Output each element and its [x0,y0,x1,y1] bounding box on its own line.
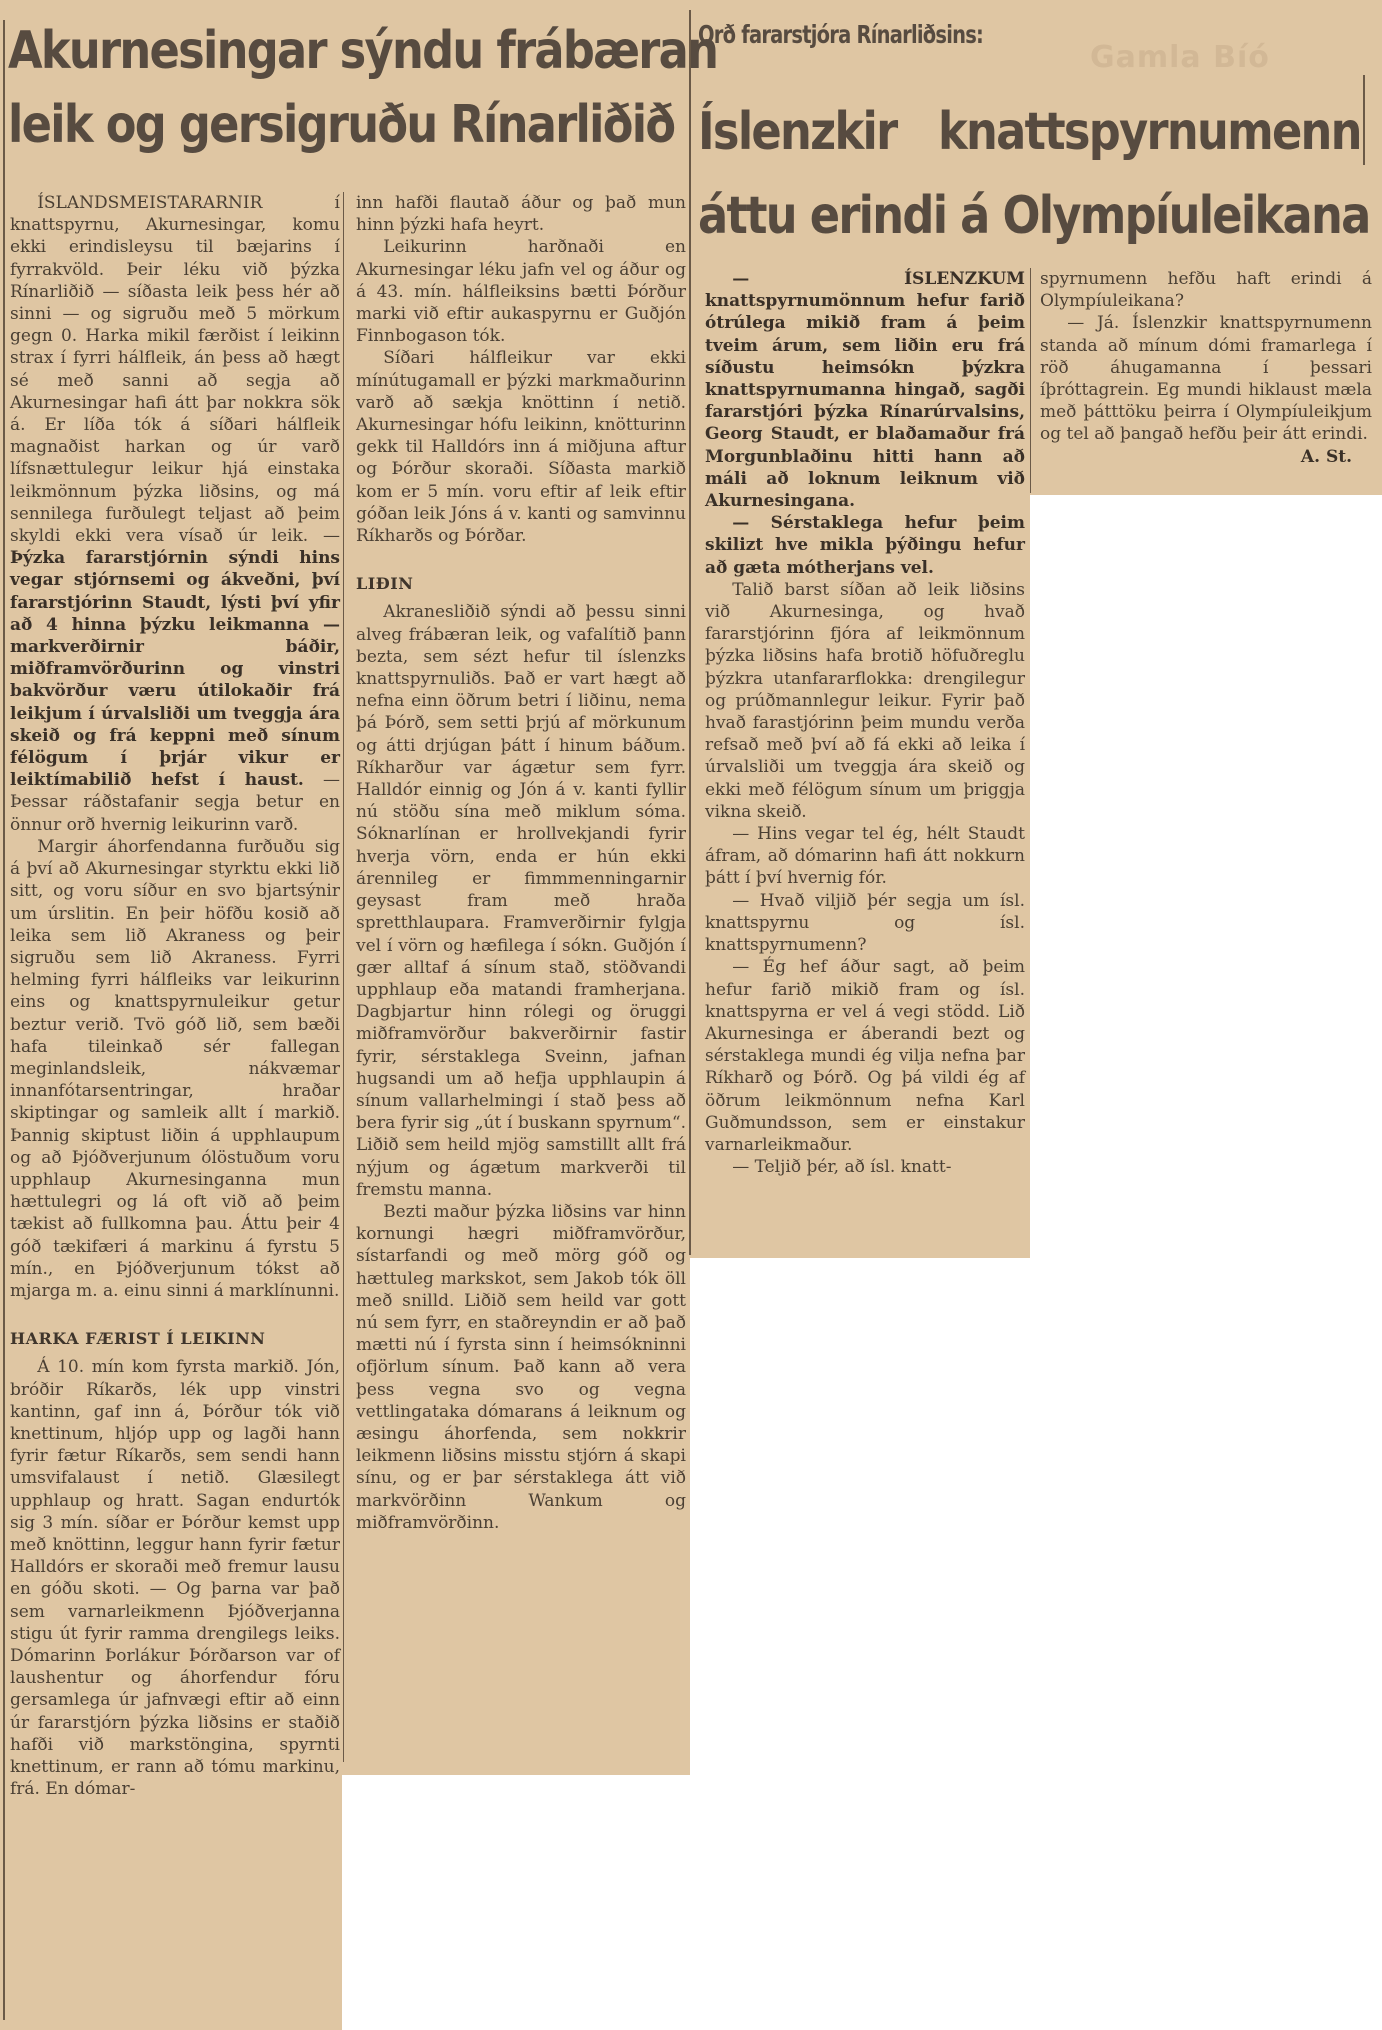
paragraph: inn hafði flautað áður og það mun hinn þ… [356,192,686,236]
headline-line: áttu erindi á Olympíuleikana [698,174,1370,258]
paragraph: — Hvað viljið þér segja um ísl. knattspy… [705,890,1025,957]
headline-line: leik og gersigruðu Rínarliðið [8,88,593,162]
paragraph: Leikurinn harðnaði en Akurnesingar léku … [356,236,686,347]
bleed-through-text: Gamla Bíó [1090,40,1270,75]
article1-column-2: inn hafði flautað áður og það mun hinn þ… [356,192,686,1534]
byline: A. St. [1040,446,1372,468]
paragraph: — Ég hef áður sagt, að þeim hefur farið … [705,956,1025,1156]
paragraph: Á 10. mín kom fyrsta markið. Jón, bróðir… [10,1356,340,1800]
column-rule [343,192,344,1762]
subheading: LIÐIN [356,573,686,595]
paragraph: Síðari hálfleikur var ekki mínútugamall … [356,347,686,547]
paragraph: — Hins vegar tel ég, hélt Staudt áfram, … [705,823,1025,890]
article-headline: Íslenzkir knattspyrnumenn áttu erindi á … [698,90,1370,258]
paragraph: Margir áhorfendanna furðuðu sig á því að… [10,836,340,1302]
paragraph: Bezti maður þýzka liðsins var hinn kornu… [356,1201,686,1534]
paragraph: — Teljið þér, að ísl. knatt- [705,1156,1025,1178]
paragraph: — Sérstaklega hefur þeim skilizt hve mik… [705,512,1025,579]
paragraph: Akranesliðið sýndi að þessu sinni alveg … [356,601,686,1200]
bold-passage: Þýzka fararstjórnin sýndi hins vegar stj… [10,548,340,790]
newsprint-background [0,1775,342,2030]
article-kicker: Orð fararstjóra Rínarliðsins: [698,20,983,49]
column-rule [1030,268,1031,493]
headline-line: Akurnesingar sýndu frábæran [8,14,593,88]
paragraph: spyrnumenn hefðu haft erindi á Olympíule… [1040,268,1372,312]
lead-paragraph: — ÍSLENZKUM knattspyrnumönnum hefur fari… [705,268,1025,512]
lead-paragraph: ÍSLANDSMEISTARARNIR í knattspyrnu, Akurn… [10,192,340,836]
headline-line: Íslenzkir knattspyrnumenn [698,90,1370,174]
paragraph: — Já. Íslenzkir knattspyrnumenn standa a… [1040,312,1372,445]
article2-column-2: spyrnumenn hefðu haft erindi á Olympíule… [1040,268,1372,468]
article1-column-1: ÍSLANDSMEISTARARNIR í knattspyrnu, Akurn… [10,192,340,1800]
paragraph: Talið barst síðan að leik liðsins við Ak… [705,579,1025,823]
article2-column-1: — ÍSLENZKUM knattspyrnumönnum hefur fari… [705,268,1025,1178]
subheading: HARKA FÆRIST Í LEIKINN [10,1328,340,1350]
article-headline: Akurnesingar sýndu frábæran leik og gers… [8,14,593,162]
column-rule [3,20,5,2020]
column-rule [689,10,691,1255]
